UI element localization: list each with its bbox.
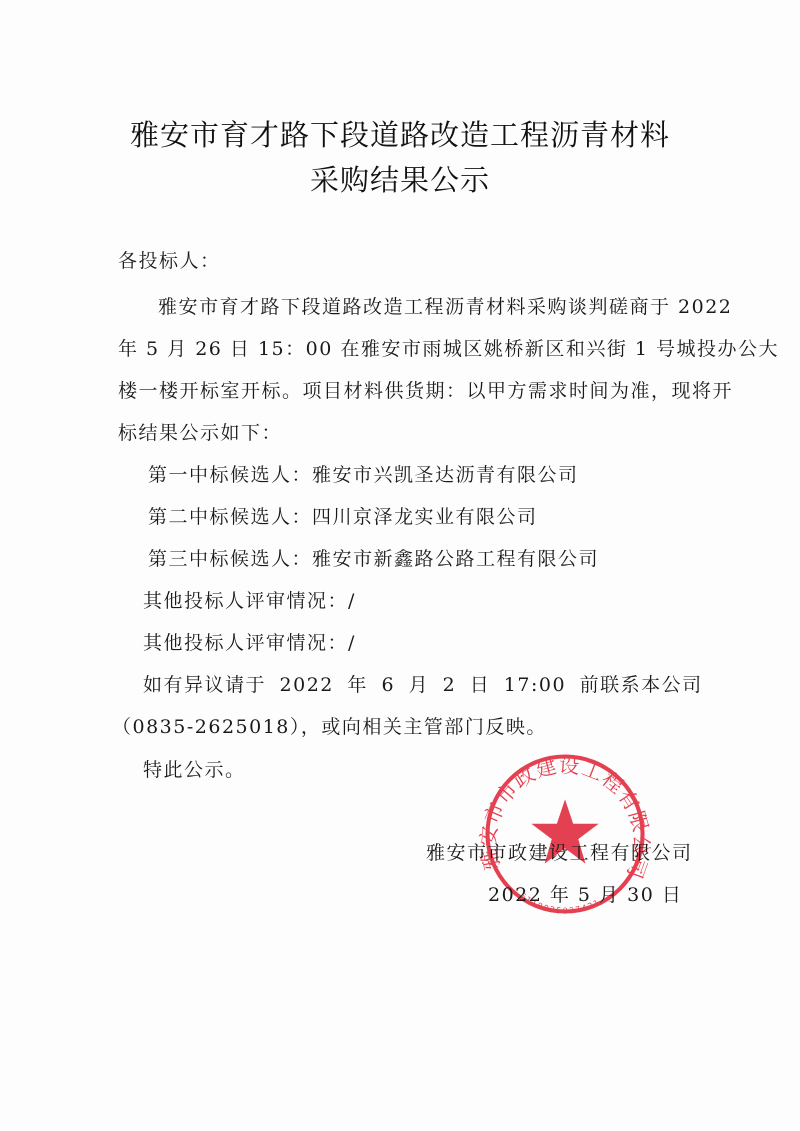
other-review-1: 其他投标人评审情况：/ [143,586,356,613]
signature-company: 雅安市市政建设工程有限公司 [426,838,693,865]
body-line-4: 标结果公示如下： [118,418,282,445]
objection-line-1: 如有异议请于 2022 年 6 月 2 日 17:00 前联系本公司 [143,670,691,697]
candidate-3-name: 雅安市新鑫路公路工程有限公司 [312,548,599,570]
candidate-3: 第三中标候选人：雅安市新鑫路公路工程有限公司 [148,544,599,571]
body-line-2: 年 5 月 26 日 15：00 在雅安市雨城区姚桥新区和兴街 1 号城投办公大 [118,334,691,361]
document-title-line-1: 雅安市育才路下段道路改造工程沥青材料 [0,113,800,154]
candidate-1-label: 第一中标候选人： [148,464,312,486]
objection-line-2: （0835-2625018），或向相关主管部门反映。 [112,712,547,739]
candidate-3-label: 第三中标候选人： [148,548,312,570]
signature-date: 2022 年 5 月 30 日 [488,880,682,907]
candidate-1: 第一中标候选人：雅安市兴凯圣达沥青有限公司 [148,460,579,487]
document-title-line-2: 采购结果公示 [0,158,800,199]
other-review-2: 其他投标人评审情况：/ [143,628,356,655]
document-page: 雅安市育才路下段道路改造工程沥青材料 采购结果公示 各投标人： 雅安市育才路下段… [0,0,800,1131]
candidate-1-name: 雅安市兴凯圣达沥青有限公司 [312,464,579,486]
closing-text: 特此公示。 [143,755,246,782]
salutation: 各投标人： [118,246,221,273]
candidate-2-name: 四川京泽龙实业有限公司 [312,506,538,528]
body-line-1: 雅安市育才路下段道路改造工程沥青材料采购谈判磋商于 2022 [158,292,691,319]
candidate-2: 第二中标候选人：四川京泽龙实业有限公司 [148,502,538,529]
candidate-2-label: 第二中标候选人： [148,506,312,528]
body-line-3: 楼一楼开标室开标。项目材料供货期：以甲方需求时间为准，现将开 [118,376,691,403]
